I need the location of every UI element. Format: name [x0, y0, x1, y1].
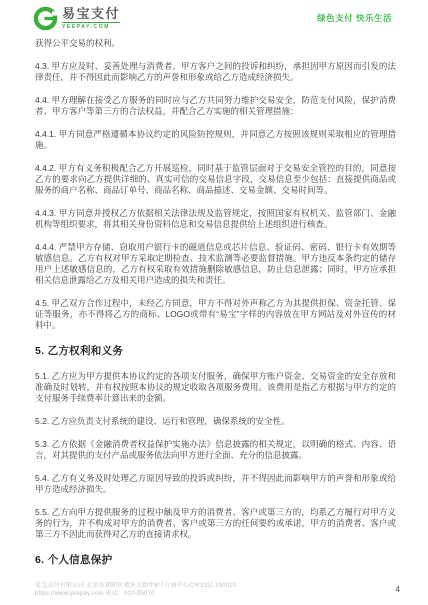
paragraph-4-4-1: 4.4.1. 甲方同意严格遵循本协议约定的风险防控规则，并同意乙方按照该规则采取…	[35, 129, 396, 151]
heading-section-5: 5. 乙方权利和义务	[35, 343, 396, 358]
document-content: 获得公平交易的权利。 4.3. 甲方应及时、妥善处理与消费者、甲方客户之间的投诉…	[35, 38, 396, 580]
paragraph-4-4-4: 4.4.4. 严禁甲方存储、窃取用户银行卡的磁道信息或芯片信息、验证码、密码、银…	[35, 242, 396, 286]
document-page: 易宝支付 YEEPAY.COM 绿色支付 快乐生活 获得公平交易的权利。 4.3…	[0, 0, 428, 605]
footer-company-line: 易宝支付有限公司 北京市朝阳区朝外大街甲6号万通中心C座23层 100020	[35, 582, 236, 590]
paragraph-5-4: 5.4. 乙方有义务及时处理乙方原因导致的投诉或纠纷，并不得因此而影响甲方的声誉…	[35, 473, 396, 495]
logo-wordmark: 易宝支付 YEEPAY.COM	[62, 7, 120, 31]
header-slogan: 绿色支付 快乐生活	[317, 12, 392, 24]
page-number: 4	[396, 585, 400, 594]
paragraph-5-3: 5.3. 乙方依据《金融消费者权益保护实施办法》信息披露的相关规定，以明确的格式…	[35, 439, 396, 461]
footer-contact-line: https://www.yeepay.com 电话：010-95070	[35, 590, 236, 598]
paragraph-4-4-2: 4.4.2. 甲方有义务积极配合乙方开展巡检，同时基于监管层面对于交易安全管控的…	[35, 163, 396, 196]
logo-domain: YEEPAY.COM	[62, 22, 120, 31]
paragraph-intro: 获得公平交易的权利。	[35, 38, 396, 49]
paragraph-5-2: 5.2. 乙方应负责支付系统的建设、运行和管理，确保系统的安全性。	[35, 416, 396, 427]
paragraph-4-5: 4.5. 甲乙双方合作过程中，未经乙方同意，甲方不得对外声称乙方为其提供担保、资…	[35, 298, 396, 331]
paragraph-4-3: 4.3. 甲方应及时、妥善处理与消费者、甲方客户之间的投诉和纠纷，承担因甲方原因…	[35, 61, 396, 83]
logo-title: 易宝支付	[62, 7, 120, 21]
footer: 易宝支付有限公司 北京市朝阳区朝外大街甲6号万通中心C座23层 100020 h…	[35, 582, 236, 598]
paragraph-5-5: 5.5. 乙方向甲方提供服务的过程中触及甲方的消费者、客户或第三方的，均系乙方履…	[35, 507, 396, 540]
yeepay-logo-icon	[33, 6, 58, 31]
heading-section-6: 6. 个人信息保护	[35, 552, 396, 567]
header: 易宝支付 YEEPAY.COM	[33, 6, 120, 31]
paragraph-4-4: 4.4. 甲方理解在接受乙方服务的同时应与乙方共同努力维护交易安全，防范支付风险…	[35, 95, 396, 117]
paragraph-4-4-3: 4.4.3. 甲方同意并授权乙方依据相关法律法规及监管规定，按照国家有权机关、监…	[35, 208, 396, 230]
paragraph-5-1: 5.1. 乙方应为甲方提供本协议约定的各项支付服务，确保甲方账户资金、交易资金的…	[35, 371, 396, 404]
